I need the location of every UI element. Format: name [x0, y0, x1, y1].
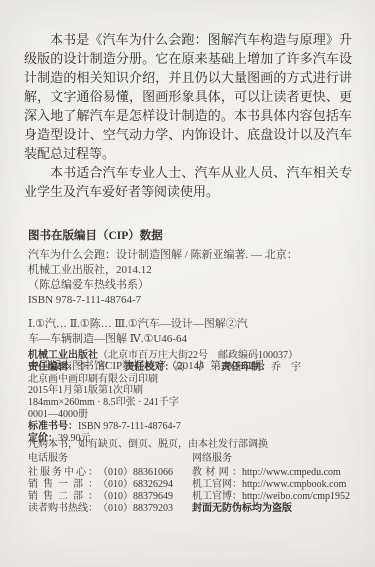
proofreader-label: 责任校对：	[125, 362, 175, 373]
website-row: 机工官网：http://www.cmpbook.com	[192, 479, 355, 491]
cip-classification-line-2: 车—车辆制造—图解 Ⅳ.①U46-64	[28, 332, 345, 347]
copies-line: 0001—4000册	[28, 409, 349, 421]
cip-heading: 图书在版编目（CIP）数据	[28, 229, 345, 244]
phone-label: 销售一部：	[28, 479, 98, 491]
phone-label: 社服务中心：	[28, 467, 98, 479]
cip-series-line: （陈总编爱车热线书系）	[28, 278, 345, 293]
service-columns: 电话服务 社服务中心：（010）88361066 销售一部：（010）68326…	[28, 453, 355, 515]
phone-row: 销售二部：（010）88379649	[28, 491, 192, 503]
phone-service-column: 电话服务 社服务中心：（010）88361066 销售一部：（010）68326…	[28, 453, 192, 515]
website-label: 机工官博：	[192, 491, 242, 503]
publisher-name: 机械工业出版社	[28, 350, 98, 361]
exchange-notice: 凡购本书，如有缺页、倒页、脱页，由本社发行部调换	[28, 439, 355, 451]
phone-value: （010）68326294	[98, 479, 173, 490]
website-label: 机工官网：	[192, 479, 242, 491]
phone-row: 读者购书热线：（010）88379203	[28, 503, 192, 515]
printer-line: 北京画中画印刷有限公司印刷	[28, 374, 349, 386]
book-copyright-page: 本书是《汽车为什么会跑：图解汽车构造与原理》升级版的设计制造分册。它在原来基础上…	[0, 0, 375, 567]
book-number-line: 标准书号：ISBN 978-7-111-48764-7	[28, 421, 349, 433]
proofreader-group: 责任校对：高 华	[125, 362, 205, 373]
printing-supervisor-group: 责任印制：乔 宇	[221, 362, 301, 373]
website-row: 教材网：http://www.cmpedu.com	[192, 467, 355, 479]
website-label: 教材网：	[192, 467, 242, 479]
intro-paragraph-2: 本书适合汽车专业人士、汽车从业人员、汽车相关专业学生及汽车爱好者等阅读使用。	[24, 163, 352, 201]
edition-line: 2015年1月第1版第1次印刷	[28, 385, 349, 397]
cip-classification-line-1: Ⅰ.①汽… Ⅱ.①陈… Ⅲ.①汽车—设计—图解②汽	[28, 317, 345, 332]
printing-supervisor-label: 责任印制：	[221, 362, 271, 373]
editor-label: 责任编辑：	[28, 362, 78, 373]
book-number-label: 标准书号：	[28, 421, 78, 432]
editor-group: 责任编辑：李 军	[28, 362, 108, 373]
phone-value: （010）88379203	[98, 503, 173, 514]
cip-title-line: 汽车为什么会跑：设计制造图解 / 陈新亚编著. — 北京：	[28, 248, 345, 263]
anti-piracy-notice: 封面无防伪标均为盗版	[192, 503, 355, 515]
intro-paragraph-1: 本书是《汽车为什么会跑：图解汽车构造与原理》升级版的设计制造分册。它在原来基础上…	[24, 30, 352, 163]
publisher-line: 机械工业出版社（北京市百万庄大街22号 邮政编码100037）	[28, 350, 349, 362]
phone-row: 销售一部：（010）68326294	[28, 479, 192, 491]
proofreader-name: 高 华	[175, 362, 205, 373]
website-url: http://www.cmpedu.com	[242, 467, 341, 478]
phone-service-header: 电话服务	[28, 453, 192, 465]
cip-publisher-line: 机械工业出版社，2014.12	[28, 263, 345, 278]
publisher-address: （北京市百万庄大街22号 邮政编码100037）	[98, 350, 298, 361]
cip-isbn: ISBN 978-7-111-48764-7	[28, 293, 345, 308]
website-row: 机工官博：http://weibo.com/cmp1952	[192, 491, 355, 503]
website-url: http://weibo.com/cmp1952	[242, 491, 350, 502]
printing-supervisor-name: 乔 宇	[271, 362, 301, 373]
phone-value: （010）88379649	[98, 491, 173, 502]
book-number-value: ISBN 978-7-111-48764-7	[78, 421, 181, 432]
service-section: 凡购本书，如有缺页、倒页、脱页，由本社发行部调换 电话服务 社服务中心：（010…	[28, 439, 355, 516]
intro-section: 本书是《汽车为什么会跑：图解汽车构造与原理》升级版的设计制造分册。它在原来基础上…	[24, 30, 352, 201]
format-line: 184mm×260mm · 8.5印张 · 241千字	[28, 397, 349, 409]
editors-line: 责任编辑：李 军 责任校对：高 华 责任印制：乔 宇	[28, 362, 349, 374]
network-service-header: 网络服务	[192, 453, 355, 465]
publication-section: 机械工业出版社（北京市百万庄大街22号 邮政编码100037） 责任编辑：李 军…	[28, 350, 349, 444]
phone-label: 销售二部：	[28, 491, 98, 503]
phone-value: （010）88361066	[98, 467, 173, 478]
editor-name: 李 军	[78, 362, 108, 373]
phone-row: 社服务中心：（010）88361066	[28, 467, 192, 479]
website-url: http://www.cmpbook.com	[242, 479, 346, 490]
network-service-column: 网络服务 教材网：http://www.cmpedu.com 机工官网：http…	[192, 453, 355, 515]
phone-label: 读者购书热线：	[28, 503, 98, 515]
